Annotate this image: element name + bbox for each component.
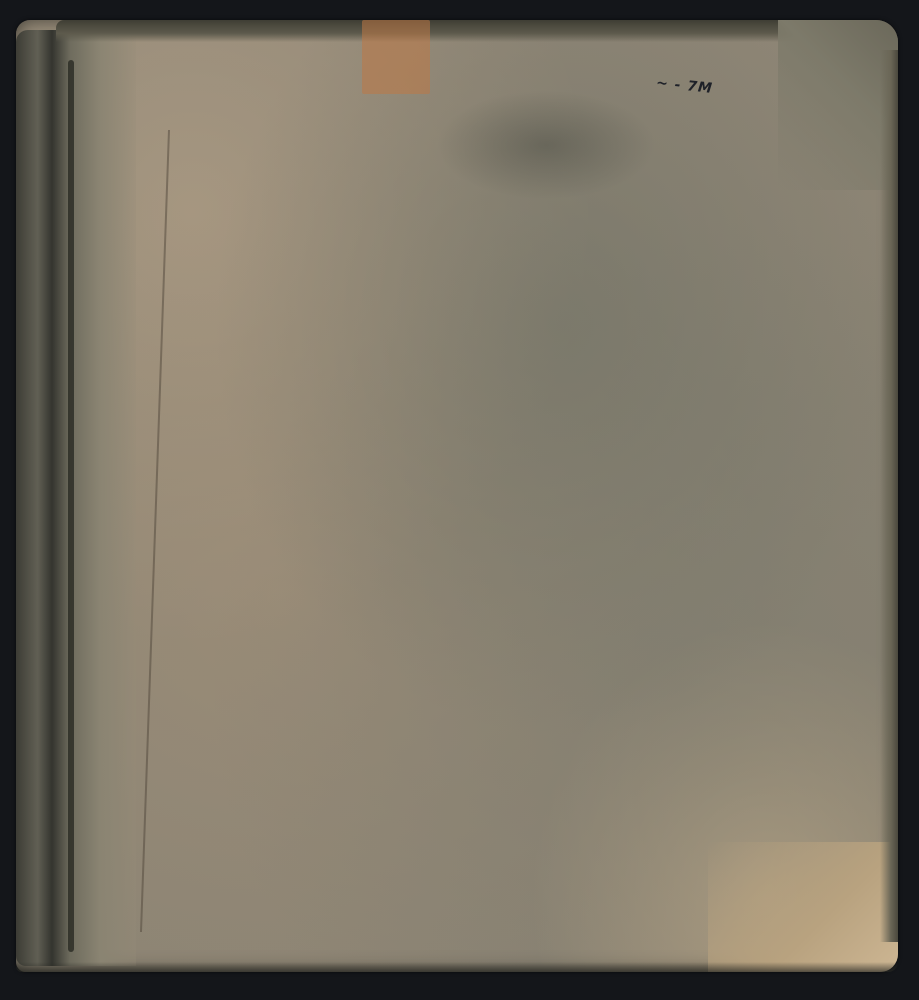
spine-binding-seam (68, 60, 74, 952)
right-edge (880, 50, 898, 942)
book-cover: ~ - 7M (16, 20, 898, 972)
cover-fold-line (140, 130, 170, 932)
top-edge-band (56, 20, 878, 42)
ink-handwriting-mark: ~ - 7M (655, 75, 713, 97)
top-stain (436, 90, 656, 200)
worn-corner-bottom-right (708, 842, 898, 972)
book-spine (16, 30, 136, 966)
red-seal-stamp (362, 20, 430, 94)
bottom-edge-shadow (16, 962, 898, 972)
